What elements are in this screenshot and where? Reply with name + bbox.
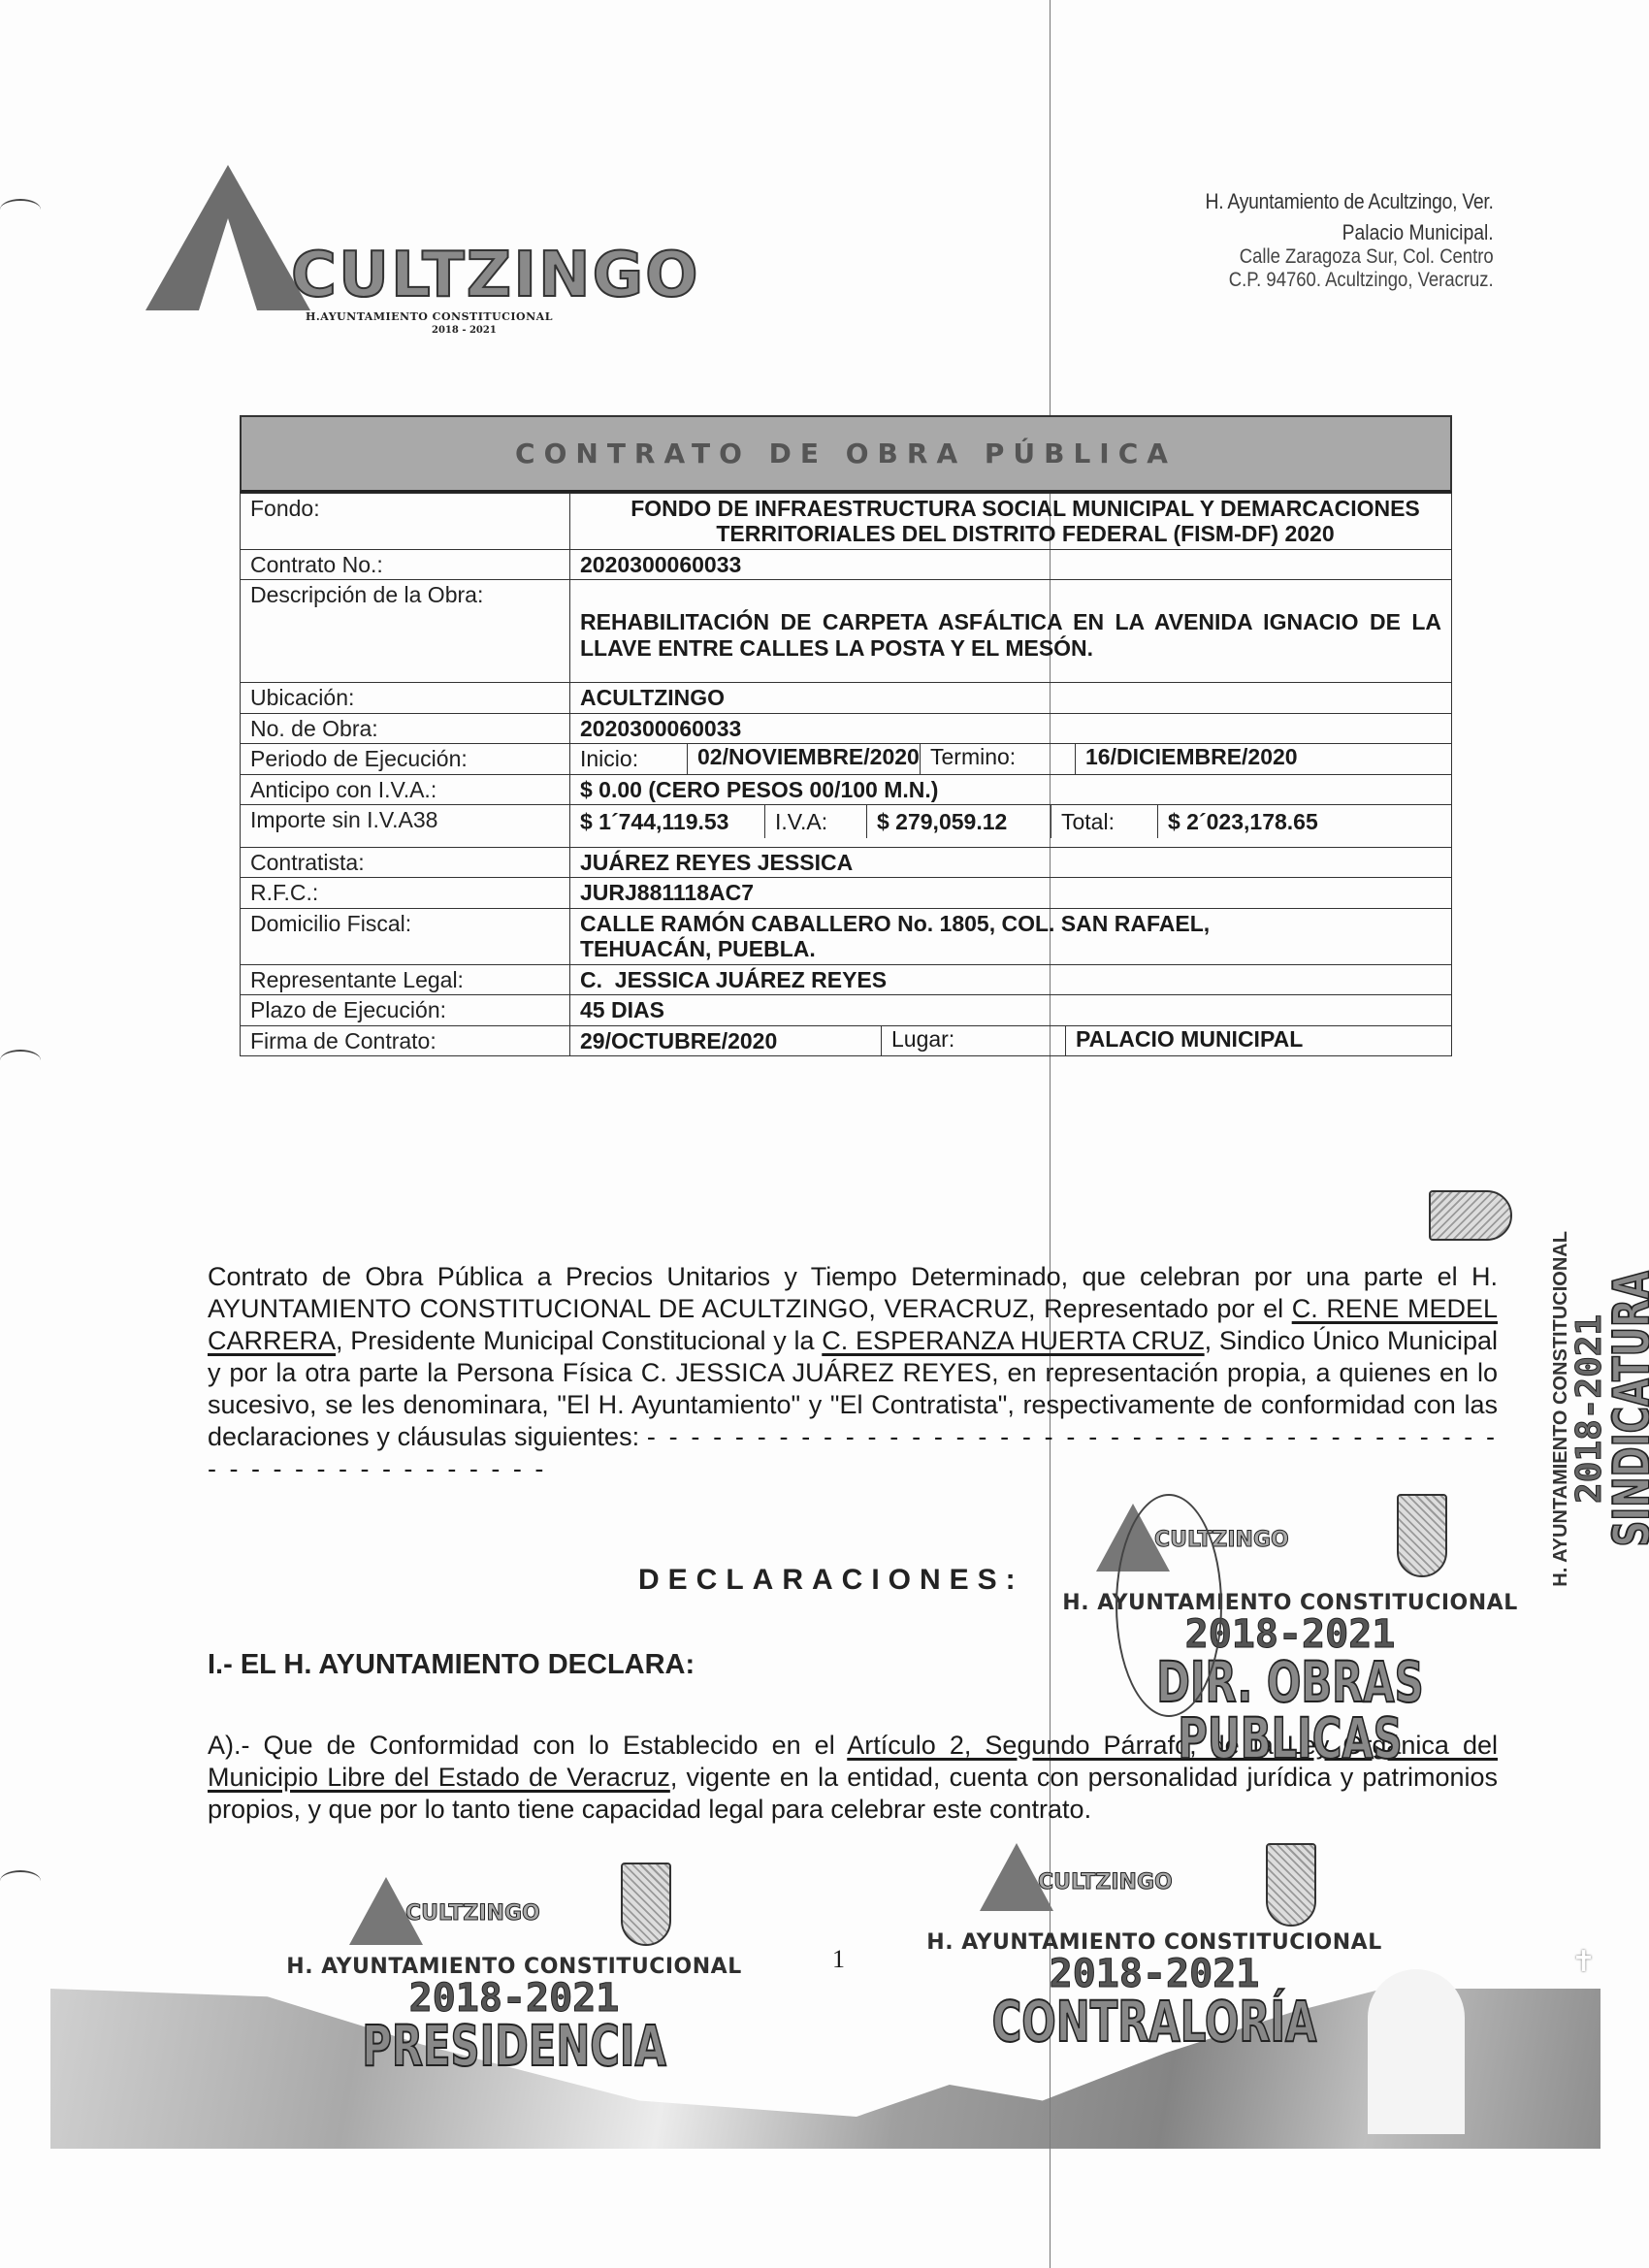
table-row-rfc: R.F.C.: JURJ881118AC7 bbox=[241, 878, 1452, 908]
representante-value: C. JESSICA JUÁREZ REYES bbox=[570, 964, 1452, 994]
logo-a-mountain-icon bbox=[145, 165, 310, 310]
intro-text-2: , Presidente Municipal Constitucional y … bbox=[336, 1326, 822, 1355]
table-row-descripcion: Descripción de la Obra: REHABILITACIÓN D… bbox=[241, 580, 1452, 683]
declaration-a-prefix: A).- Que de Conformidad con lo Estableci… bbox=[208, 1731, 847, 1760]
fondo-label: Fondo: bbox=[241, 494, 570, 550]
address-line-2: Palacio Municipal. bbox=[1206, 220, 1494, 245]
domicilio-label: Domicilio Fiscal: bbox=[241, 908, 570, 964]
table-row-no-obra: No. de Obra: 2020300060033 bbox=[241, 713, 1452, 743]
contratista-label: Contratista: bbox=[241, 847, 570, 877]
plazo-label: Plazo de Ejecución: bbox=[241, 995, 570, 1025]
inicio-label: Inicio: bbox=[570, 744, 687, 773]
representante-label: Representante Legal: bbox=[241, 964, 570, 994]
punch-hole-mark bbox=[0, 1050, 41, 1071]
importe-label: Importe sin I.V.A38 bbox=[241, 804, 570, 847]
total-value: $ 2´023,178.65 bbox=[1157, 805, 1451, 838]
logo-subtitle: H.AYUNTAMIENTO CONSTITUCIONAL bbox=[306, 310, 553, 323]
contrato-no-label: Contrato No.: bbox=[241, 549, 570, 579]
stamp-years: 2018-2021 bbox=[902, 1955, 1406, 1993]
signature-scribble bbox=[1115, 1494, 1222, 1717]
stamp-years: 2018-2021 bbox=[1038, 1615, 1542, 1654]
lugar-label: Lugar: bbox=[881, 1026, 1065, 1055]
contract-title: CONTRATO DE OBRA PÚBLICA bbox=[240, 415, 1452, 493]
address-line-3: Calle Zaragoza Sur, Col. Centro bbox=[1206, 245, 1494, 269]
iva-label: I.V.A: bbox=[764, 805, 866, 838]
coat-of-arms-icon bbox=[621, 1863, 671, 1946]
stamp-contraloria: H. AYUNTAMIENTO CONSTITUCIONAL 2018-2021… bbox=[902, 1930, 1406, 2050]
table-row-representante: Representante Legal: C. JESSICA JUÁREZ R… bbox=[241, 964, 1452, 994]
inicio-value: 02/NOVIEMBRE/2020 bbox=[687, 744, 920, 773]
termino-value: 16/DICIEMBRE/2020 bbox=[1075, 744, 1451, 773]
anticipo-value: $ 0.00 (CERO PESOS 00/100 M.N.) bbox=[570, 774, 1452, 804]
stamp-logo-wordmark: CULTZINGO bbox=[405, 1901, 540, 1926]
table-row-anticipo: Anticipo con I.V.A.: $ 0.00 (CERO PESOS … bbox=[241, 774, 1452, 804]
punch-hole-mark bbox=[0, 1870, 41, 1892]
plazo-value: 45 DIAS bbox=[570, 995, 1452, 1025]
stamp-obras-publicas: H. AYUNTAMIENTO CONSTITUCIONAL 2018-2021… bbox=[1038, 1591, 1542, 1766]
header-address: H. Ayuntamiento de Acultzingo, Ver. Pala… bbox=[1166, 189, 1494, 292]
lugar-value: PALACIO MUNICIPAL bbox=[1065, 1026, 1451, 1055]
table-row-plazo: Plazo de Ejecución: 45 DIAS bbox=[241, 995, 1452, 1025]
contrato-no-value: 2020300060033 bbox=[570, 549, 1452, 579]
coat-of-arms-icon bbox=[1266, 1843, 1316, 1927]
page-number: 1 bbox=[832, 1945, 845, 1974]
rfc-label: R.F.C.: bbox=[241, 878, 570, 908]
total-label: Total: bbox=[1051, 805, 1157, 838]
table-row-fondo: Fondo: FONDO DE INFRAESTRUCTURA SOCIAL M… bbox=[241, 494, 1452, 550]
table-row-domicilio: Domicilio Fiscal: CALLE RAMÓN CABALLERO … bbox=[241, 908, 1452, 964]
no-obra-value: 2020300060033 bbox=[570, 713, 1452, 743]
fondo-value: FONDO DE INFRAESTRUCTURA SOCIAL MUNICIPA… bbox=[570, 494, 1452, 550]
ubicacion-value: ACULTZINGO bbox=[570, 683, 1452, 713]
table-row-firma: Firma de Contrato: 29/OCTUBRE/2020 Lugar… bbox=[241, 1025, 1452, 1055]
scan-fold-line bbox=[1050, 0, 1051, 2268]
contratista-value: JUÁREZ REYES JESSICA bbox=[570, 847, 1452, 877]
punch-hole-mark bbox=[0, 199, 41, 220]
stamp-years: 2018-2021 bbox=[272, 1979, 757, 2018]
intro-paragraph: Contrato de Obra Pública a Precios Unita… bbox=[208, 1261, 1498, 1485]
no-obra-label: No. de Obra: bbox=[241, 713, 570, 743]
table-row-periodo: Periodo de Ejecución: Inicio: 02/NOVIEMB… bbox=[241, 744, 1452, 774]
logo-wordmark: CULTZINGO bbox=[291, 244, 700, 307]
cross-icon: ✝ bbox=[1571, 1945, 1596, 1979]
contract-summary-table: CONTRATO DE OBRA PÚBLICA Fondo: FONDO DE… bbox=[240, 415, 1452, 1056]
stamp-dept: SINDICATURA bbox=[1607, 1271, 1649, 1547]
firma-label: Firma de Contrato: bbox=[241, 1025, 570, 1055]
stamp-presidencia: H. AYUNTAMIENTO CONSTITUCIONAL 2018-2021… bbox=[272, 1955, 757, 2074]
ubicacion-label: Ubicación: bbox=[241, 683, 570, 713]
stamp-logo-wordmark: CULTZINGO bbox=[1038, 1870, 1173, 1895]
importe-value: $ 1´744,119.53 bbox=[570, 805, 764, 838]
stamp-dept: CONTRALORÍA bbox=[973, 1993, 1336, 2050]
table-row-ubicacion: Ubicación: ACULTZINGO bbox=[241, 683, 1452, 713]
table-row-contrato-no: Contrato No.: 2020300060033 bbox=[241, 549, 1452, 579]
address-line-1: H. Ayuntamiento de Acultzingo, Ver. bbox=[1206, 189, 1494, 214]
acultzingo-logo: CULTZINGO H.AYUNTAMIENTO CONSTITUCIONAL … bbox=[145, 165, 669, 330]
rfc-value: JURJ881118AC7 bbox=[570, 878, 1452, 908]
coat-of-arms-icon bbox=[1429, 1190, 1512, 1241]
sindico-name: C. ESPERANZA HUERTA CRUZ bbox=[822, 1326, 1204, 1355]
section-1-heading: I.- EL H. AYUNTAMIENTO DECLARA: bbox=[208, 1649, 695, 1681]
descripcion-label: Descripción de la Obra: bbox=[241, 580, 570, 683]
periodo-label: Periodo de Ejecución: bbox=[241, 744, 570, 774]
anticipo-label: Anticipo con I.V.A.: bbox=[241, 774, 570, 804]
iva-value: $ 279,059.12 bbox=[866, 805, 1051, 838]
termino-label: Termino: bbox=[920, 744, 1075, 773]
stamp-dept: PRESIDENCIA bbox=[339, 2018, 689, 2074]
domicilio-value: CALLE RAMÓN CABALLERO No. 1805, COL. SAN… bbox=[570, 908, 1452, 964]
stamp-years: 2018-2021 bbox=[1572, 1217, 1607, 1601]
stamp-sindicatura: H. AYUNTAMIENTO CONSTITUCIONAL 2018-2021… bbox=[1550, 1217, 1649, 1601]
declaraciones-heading: DECLARACIONES: bbox=[638, 1564, 1024, 1597]
table-row-importe: Importe sin I.V.A38 $ 1´744,119.53 I.V.A… bbox=[241, 804, 1452, 847]
table-row-contratista: Contratista: JUÁREZ REYES JESSICA bbox=[241, 847, 1452, 877]
coat-of-arms-icon bbox=[1397, 1494, 1447, 1577]
logo-years: 2018 - 2021 bbox=[432, 325, 497, 336]
address-line-4: C.P. 94760. Acultzingo, Veracruz. bbox=[1206, 269, 1494, 292]
descripcion-value: REHABILITACIÓN DE CARPETA ASFÁLTICA EN L… bbox=[570, 580, 1452, 683]
firma-value: 29/OCTUBRE/2020 bbox=[570, 1026, 881, 1055]
